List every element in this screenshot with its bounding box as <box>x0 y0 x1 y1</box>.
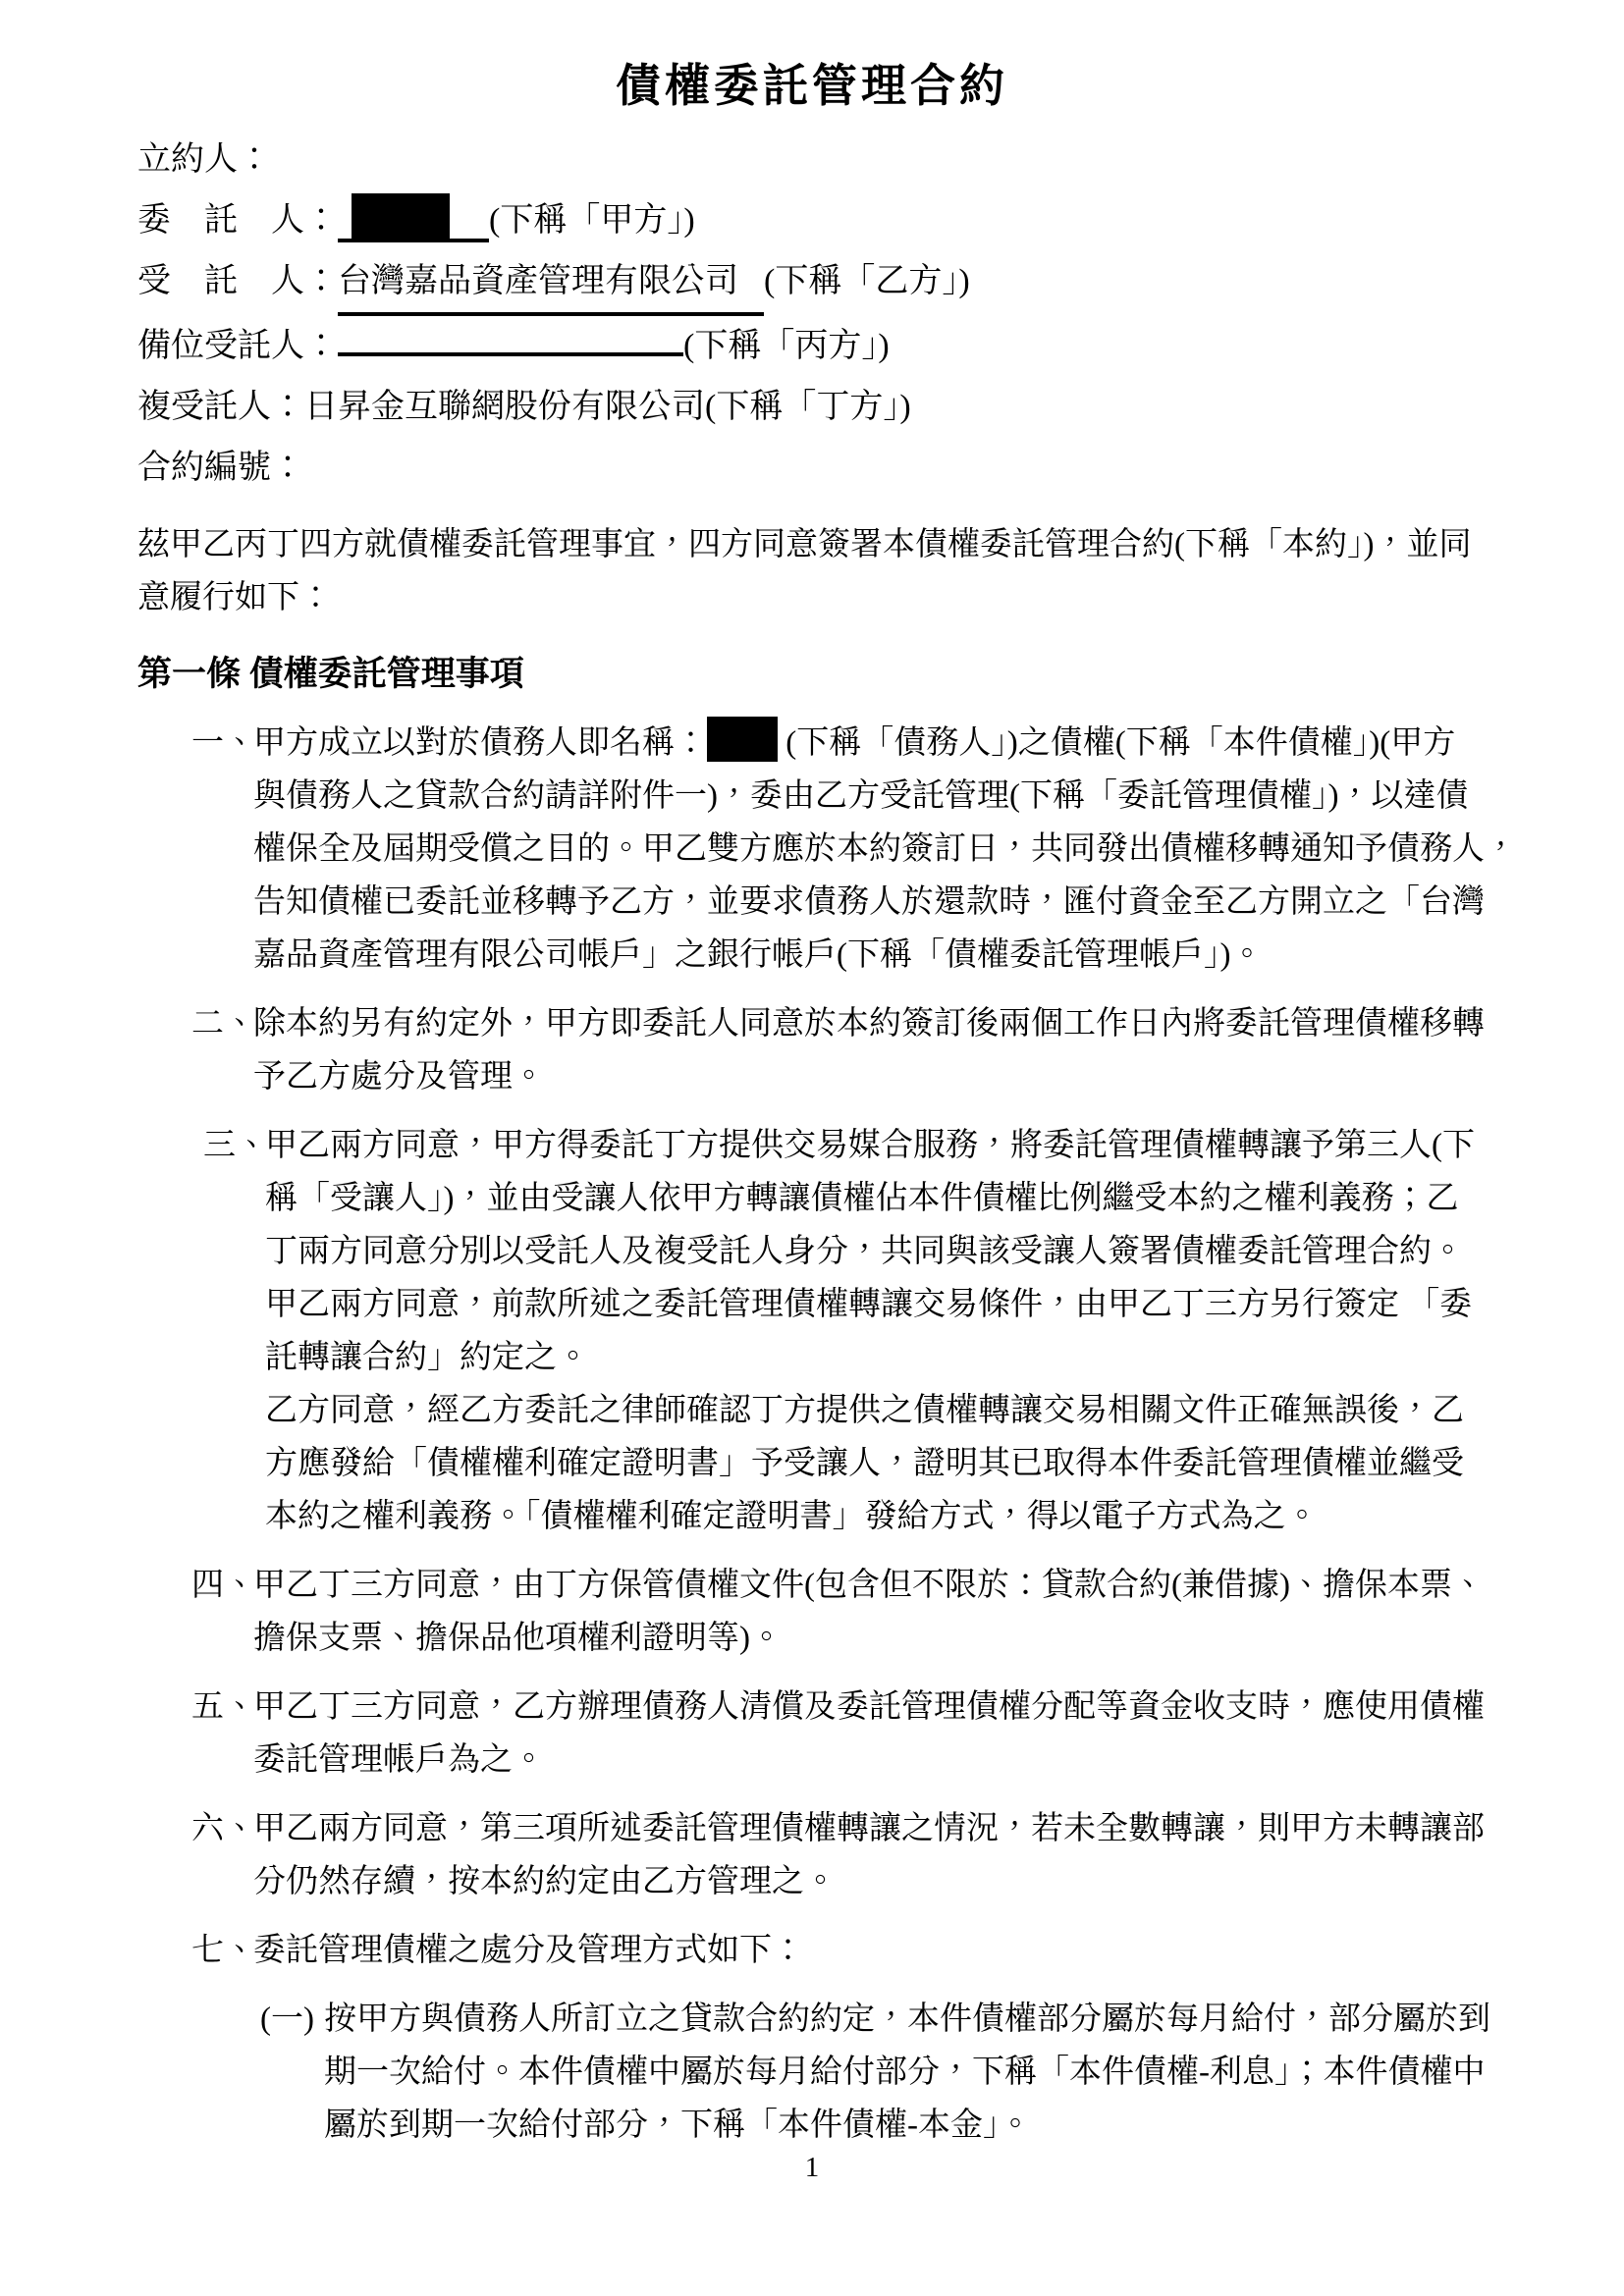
principal-line: 委 託 人：(下稱「甲方」) <box>137 190 1569 251</box>
preamble: 茲甲乙丙丁四方就債權委託管理事宜，四方同意簽署本債權委託管理合約(下稱「本約」)… <box>137 518 1569 624</box>
clause-3-body: 甲乙兩方同意，甲方得委託丁方提供交易媒合服務，將委託管理債權轉讓予第三人(下 稱… <box>265 1119 1569 1543</box>
sub-trustee-label: 複受託人： <box>137 389 304 425</box>
sub-trustee-line: 複受託人：日昇金互聯網股份有限公司(下稱「丁方」) <box>137 377 1569 438</box>
clause-3: 三、 甲乙兩方同意，甲方得委託丁方提供交易媒合服務，將委託管理債權轉讓予第三人(… <box>137 1119 1569 1543</box>
principal-suffix: (下稱「甲方」) <box>489 202 695 239</box>
principal-name-field <box>338 193 489 242</box>
executing-party-label: 立約人： <box>137 141 271 178</box>
clause-7: 七、 委託管理債權之處分及管理方式如下： <box>137 1924 1569 1977</box>
clause-7-subitem-1-marker: (一) <box>260 1993 319 2046</box>
principal-label: 委 託 人： <box>137 202 338 239</box>
clause-7-subitem-1-body: 按甲方與債務人所訂立之貸款合約約定，本件債權部分屬於每月給付，部分屬於到 期一次… <box>324 1993 1569 2152</box>
clause-6: 六、 甲乙兩方同意，第三項所述委託管理債權轉讓之情況，若未全數轉讓，則甲方未轉讓… <box>137 1802 1569 1908</box>
contract-page: 債權委託管理合約 立約人： 委 託 人：(下稱「甲方」) 受 託 人：台灣嘉品資… <box>0 0 1624 2296</box>
backup-trustee-suffix: (下稱「丙方」) <box>683 328 890 364</box>
backup-trustee-label: 備位受託人： <box>137 328 338 364</box>
party-block: 立約人： 委 託 人：(下稱「甲方」) 受 託 人：台灣嘉品資產管理有限公司(下… <box>137 130 1569 499</box>
clause-3-marker: 三、 <box>203 1119 268 1172</box>
clause-6-body: 甲乙兩方同意，第三項所述委託管理債權轉讓之情況，若未全數轉讓，則甲方未轉讓部 分… <box>253 1802 1569 1908</box>
section-1-heading: 第一條 債權委託管理事項 <box>137 648 1569 701</box>
clause-4: 四、 甲乙丁三方同意，由丁方保管債權文件(包含但不限於：貸款合約(兼借據)、擔保… <box>137 1559 1569 1665</box>
backup-trustee-blank-field <box>338 317 683 356</box>
redaction-box-debtor-name <box>707 717 778 762</box>
clause-5-marker: 五、 <box>191 1681 256 1734</box>
contract-number-label: 合約編號： <box>137 450 304 486</box>
clause-2-body: 除本約另有約定外，甲方即委託人同意於本約簽訂後兩個工作日內將委託管理債權移轉 予… <box>253 997 1569 1103</box>
clause-1-body: 與債務人之貸款合約請詳附件一)，委由乙方受託管理(下稱「委託管理債權」)，以達債… <box>253 770 1569 982</box>
backup-trustee-line: 備位受託人：(下稱「丙方」) <box>137 316 1569 377</box>
trustee-line: 受 託 人：台灣嘉品資產管理有限公司(下稱「乙方」) <box>137 251 1569 316</box>
clause-6-marker: 六、 <box>191 1802 256 1855</box>
sub-trustee-name: 日昇金互聯網股份有限公司 <box>304 389 705 425</box>
clause-4-marker: 四、 <box>191 1559 256 1612</box>
page-number: 1 <box>0 2152 1624 2184</box>
clause-4-body: 甲乙丁三方同意，由丁方保管債權文件(包含但不限於：貸款合約(兼借據)、擔保本票、… <box>253 1559 1569 1665</box>
document-title: 債權委託管理合約 <box>137 55 1487 118</box>
clause-7-subitem-1: (一) 按甲方與債務人所訂立之貸款合約約定，本件債權部分屬於每月給付，部分屬於到… <box>137 1993 1569 2152</box>
clause-1-text-after-redaction: (下稱「債務人」)之債權(下稱「本件債權」)(甲方 <box>778 725 1455 761</box>
sub-trustee-suffix: (下稱「丁方」) <box>705 389 911 425</box>
clause-7-marker: 七、 <box>191 1924 256 1977</box>
executing-party-line: 立約人： <box>137 130 1569 190</box>
clause-1-first-line: 甲方成立以對於債務人即名稱： (下稱「債務人」)之債權(下稱「本件債權」)(甲方 <box>253 717 1569 770</box>
clause-2-marker: 二、 <box>191 997 256 1050</box>
redaction-box-principal-name <box>352 193 450 239</box>
clause-1: 一、 甲方成立以對於債務人即名稱： (下稱「債務人」)之債權(下稱「本件債權」)… <box>137 717 1569 982</box>
contract-number-line: 合約編號： <box>137 438 1569 499</box>
clause-1-text-before-redaction: 甲方成立以對於債務人即名稱： <box>253 725 707 761</box>
clause-5: 五、 甲乙丁三方同意，乙方辦理債務人清償及委託管理債權分配等資金收支時，應使用債… <box>137 1681 1569 1787</box>
trustee-label: 受 託 人： <box>137 263 338 299</box>
clause-7-body: 委託管理債權之處分及管理方式如下： <box>253 1924 1569 1977</box>
trustee-name: 台灣嘉品資產管理有限公司 <box>338 251 764 316</box>
trustee-suffix: (下稱「乙方」) <box>764 263 970 299</box>
clause-5-body: 甲乙丁三方同意，乙方辦理債務人清償及委託管理債權分配等資金收支時，應使用債權 委… <box>253 1681 1569 1787</box>
clause-2: 二、 除本約另有約定外，甲方即委託人同意於本約簽訂後兩個工作日內將委託管理債權移… <box>137 997 1569 1103</box>
clause-1-marker: 一、 <box>191 717 256 770</box>
